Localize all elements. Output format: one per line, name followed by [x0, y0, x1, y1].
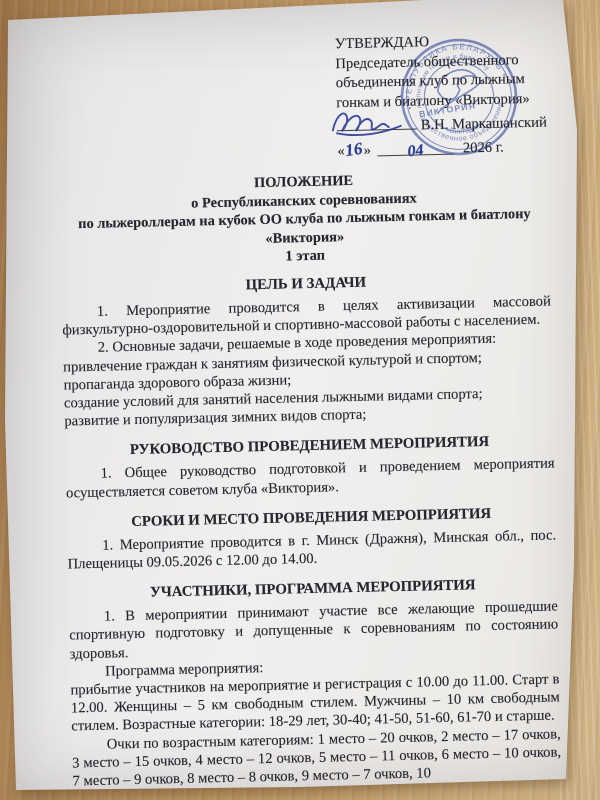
section-time-place: СРОКИ И МЕСТО ПРОВЕДЕНИЯ МЕРОПРИЯТИЯ 1. …	[67, 503, 557, 573]
paragraph: Очки по возрастным категориям: 1 место –…	[72, 725, 562, 791]
paper-sheet-shadow: • РЕСПУБЛИКА БЕЛАРУСЬ • общественное объ…	[0, 0, 600, 800]
handwritten-day: 16	[344, 139, 364, 161]
date-month-line: 04	[377, 139, 453, 157]
handwritten-month: 04	[406, 141, 424, 162]
handwritten-signature	[324, 100, 437, 141]
paragraph: 1. Мероприятие проводится в г. Минск (Др…	[67, 526, 557, 573]
document-content: УТВЕРЖДАЮ Председатель общественного объ…	[55, 0, 562, 800]
approval-block: УТВЕРЖДАЮ Председатель общественного объ…	[335, 31, 548, 163]
section-goals: ЦЕЛЬ И ЗАДАЧИ 1. Мероприятие проводится …	[61, 269, 553, 430]
section-participants: УЧАСТНИКИ, ПРОГРАММА МЕРОПРИЯТИЯ 1. В ме…	[68, 575, 562, 791]
section-management: РУКОВОДСТВО ПРОВЕДЕНИЕМ МЕРОПРИЯТИЯ 1. О…	[65, 432, 555, 502]
signatory-name: В.Н. Маркашанский	[421, 115, 547, 134]
paragraph: 1. Общее руководство подготовкой и прове…	[65, 455, 555, 502]
document-title: ПОЛОЖЕНИЕ о Республиканских соревнования…	[59, 168, 550, 272]
signature-row: В.Н. Маркашанский	[337, 112, 547, 139]
date-year: 2026 г.	[463, 139, 504, 156]
quote-close: »	[363, 143, 371, 159]
photo-scene: • РЕСПУБЛИКА БЕЛАРУСЬ • общественное объ…	[0, 0, 600, 800]
document-paper: • РЕСПУБЛИКА БЕЛАРУСЬ • общественное объ…	[0, 0, 600, 800]
